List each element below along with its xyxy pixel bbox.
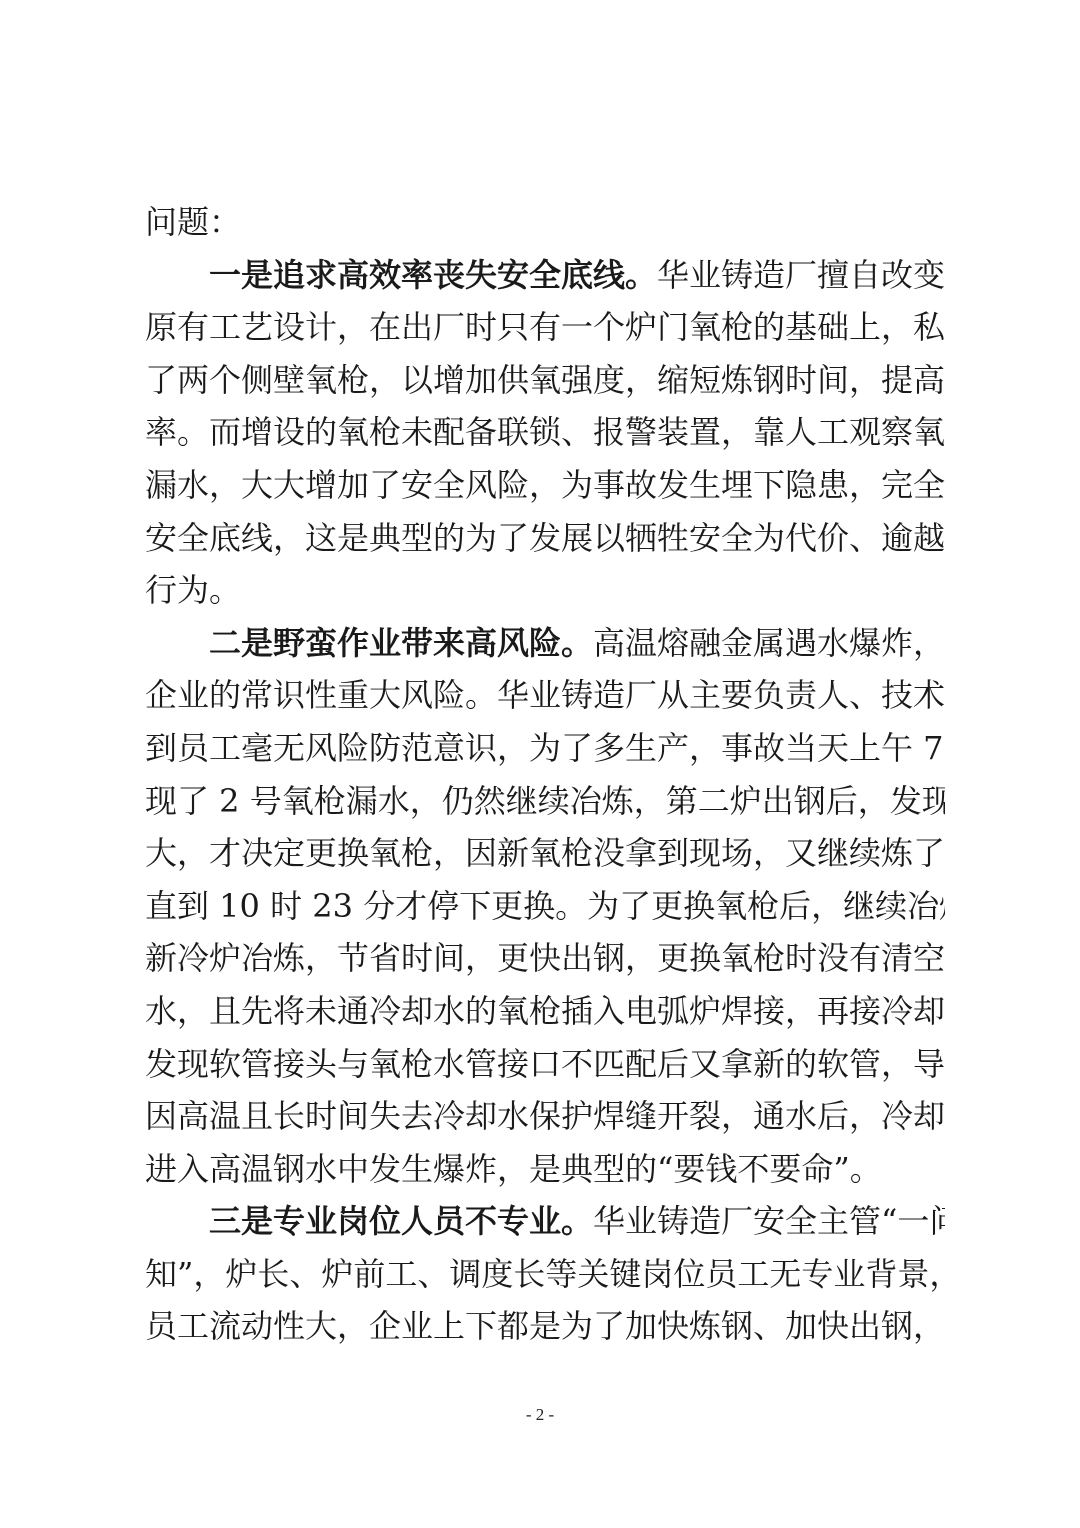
paragraph-line: 大，才决定更换氧枪，因新氧枪没拿到现场，又继续炼了一炉钢， [145,827,945,880]
paragraph-line: 直到 10 时 23 分才停下更换。为了更换氧枪后，继续冶炼时不重 [145,880,945,933]
paragraph-heading-line: 二是野蛮作业带来高风险。高温熔融金属遇水爆炸，是钢铁 [145,617,945,670]
paragraph-line: 发现软管接头与氧枪水管接口不匹配后又拿新的软管，导致氧枪 [145,1038,945,1091]
paragraph-heading-line: 三是专业岗位人员不专业。华业铸造厂安全主管“一问三不 [145,1195,945,1248]
page-number: - 2 - [0,1405,1080,1425]
paragraph-heading-line: 一是追求高效率丧失安全底线。华业铸造厂擅自改变电弧炉 [145,249,945,302]
paragraph-line: 行为。 [145,564,945,617]
paragraph-line: 到员工毫无风险防范意识，为了多生产，事故当天上午 7 时许发 [145,722,945,775]
section-heading-1: 一是追求高效率丧失安全底线。 [209,256,657,294]
section-heading-2: 二是野蛮作业带来高风险。 [209,624,593,662]
paragraph-line: 安全底线，这是典型的为了发展以牺牲安全为代价、逾越红线的 [145,512,945,565]
paragraph-line: 新冷炉冶炼，节省时间，更快出钢，更换氧枪时没有清空炉内钢 [145,932,945,985]
paragraph-line: 了两个侧壁氧枪，以增加供氧强度，缩短炼钢时间，提高冶炼效 [145,354,945,407]
paragraph-line: 因高温且长时间失去冷却水保护焊缝开裂，通水后，冷却水直接 [145,1090,945,1143]
paragraph-line: 企业的常识性重大风险。华业铸造厂从主要负责人、技术负责人 [145,669,945,722]
paragraph-line: 进入高温钢水中发生爆炸，是典型的“要钱不要命”。 [145,1143,945,1196]
paragraph-line: 水，且先将未通冷却水的氧枪插入电弧炉焊接，再接冷却水软管， [145,985,945,1038]
paragraph-line: 原有工艺设计，在出厂时只有一个炉门氧枪的基础上，私自增设 [145,301,945,354]
document-body: 问题： 一是追求高效率丧失安全底线。华业铸造厂擅自改变电弧炉 原有工艺设计，在出… [145,196,945,1353]
paragraph-line: 知”，炉长、炉前工、调度长等关键岗位员工无专业背景，操作 [145,1248,945,1301]
paragraph-line: 率。而增设的氧枪未配备联锁、报警装置，靠人工观察氧枪是否 [145,406,945,459]
paragraph-line: 漏水，大大增加了安全风险，为事故发生埋下隐患，完全丧失了 [145,459,945,512]
paragraph-line: 员工流动性大，企业上下都是为了加快炼钢、加快出钢，安全职 [145,1300,945,1353]
paragraph-line: 问题： [145,196,945,249]
section-heading-3: 三是专业岗位人员不专业。 [209,1202,593,1240]
paragraph-line: 现了 2 号氧枪漏水，仍然继续冶炼，第二炉出钢后，发现漏水变 [145,775,945,828]
